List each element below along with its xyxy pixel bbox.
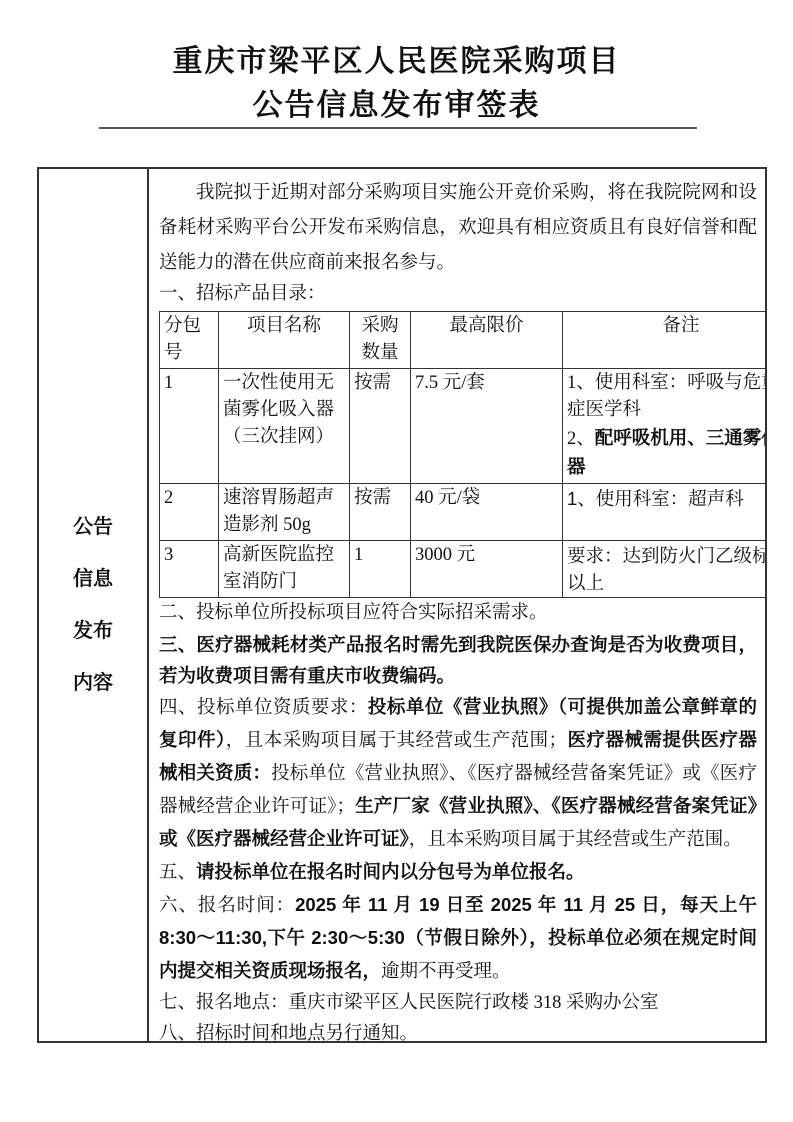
catalog-row: 2 速溶胃肠超声造影剂 50g 按需 40 元/袋 1、使用科室：超声科 <box>160 484 766 541</box>
page-title: 重庆市梁平区人民医院采购项目 公告信息发布审签表 <box>0 40 793 128</box>
cell-price-limit: 40 元/袋 <box>411 484 563 541</box>
col-header-quantity: 采购数量 <box>350 312 411 369</box>
title-underline <box>99 127 697 129</box>
item-8: 八、招标时间和地点另行通知。 <box>159 1019 757 1041</box>
cell-price-limit: 3000 元 <box>411 541 563 598</box>
form-row-label-word: 内容 <box>73 671 113 695</box>
item-5: 五、请投标单位在报名时间内以分包号为单位报名。 <box>159 856 757 889</box>
notice-items: 二、投标单位所投标项目应符合实际招采需求。 三、医疗器械耗材类产品报名时需先到我… <box>159 598 757 1041</box>
item-2: 二、投标单位所投标项目应符合实际招采需求。 <box>159 598 757 629</box>
cell-package-no: 1 <box>160 369 219 484</box>
catalog-row: 3 高新医院监控室消防门 1 3000 元 要求：达到防火门乙级标准以上 <box>160 541 766 598</box>
cell-package-no: 2 <box>160 484 219 541</box>
catalog-heading: 一、招标产品目录： <box>159 281 757 308</box>
item-3: 三、医疗器械耗材类产品报名时需先到我院医保办查询是否为收费项目，若为收费项目需有… <box>159 629 757 691</box>
form-row-label-word: 发布 <box>73 619 113 643</box>
form-row-label: 公告 信息 发布 内容 <box>39 169 149 1041</box>
remark-line: 1、使用科室：呼吸与危重症医学科 <box>567 370 765 424</box>
col-header-package-no: 分包号 <box>160 312 219 369</box>
page-title-line2: 公告信息发布审签表 <box>0 84 793 128</box>
cell-price-limit: 7.5 元/套 <box>411 369 563 484</box>
col-header-product-name: 项目名称 <box>219 312 350 369</box>
cell-quantity: 1 <box>350 541 411 598</box>
announcement-content-cell: 我院拟于近期对部分采购项目实施公开竞价采购，将在我院院网和设备耗材采购平台公开发… <box>149 169 765 1041</box>
cell-remark: 1、使用科室：呼吸与危重症医学科 2、配呼吸机用、三通雾化器 <box>563 369 766 484</box>
form-row-label-word: 公告 <box>73 515 113 539</box>
catalog-row: 1 一次性使用无菌雾化吸入器（三次挂网） 按需 7.5 元/套 1、使用科室：呼… <box>160 369 766 484</box>
document-page: 重庆市梁平区人民医院采购项目 公告信息发布审签表 公告 信息 发布 内容 我院拟… <box>0 0 793 1122</box>
col-header-remark: 备注 <box>563 312 766 369</box>
product-catalog-table: 分包号 项目名称 采购数量 最高限价 备注 1 一次性使用无菌雾化吸入器（三次挂… <box>159 311 765 598</box>
cell-product-name: 一次性使用无菌雾化吸入器（三次挂网） <box>219 369 350 484</box>
intro-paragraph: 我院拟于近期对部分采购项目实施公开竞价采购，将在我院院网和设备耗材采购平台公开发… <box>159 176 757 281</box>
form-row-label-word: 信息 <box>73 567 113 591</box>
page-title-line1: 重庆市梁平区人民医院采购项目 <box>0 40 793 84</box>
item-4: 四、投标单位资质要求：投标单位《营业执照》（可提供加盖公章鲜章的复印件），且本采… <box>159 691 757 856</box>
cell-quantity: 按需 <box>350 369 411 484</box>
item-6: 六、报名时间：2025 年 11 月 19 日至 2025 年 11 月 25 … <box>159 889 757 988</box>
cell-product-name: 速溶胃肠超声造影剂 50g <box>219 484 350 541</box>
catalog-header-row: 分包号 项目名称 采购数量 最高限价 备注 <box>160 312 766 369</box>
remark-line: 2、配呼吸机用、三通雾化器 <box>567 424 765 482</box>
col-header-price-limit: 最高限价 <box>411 312 563 369</box>
item-7: 七、报名地点：重庆市梁平区人民医院行政楼 318 采购办公室 <box>159 988 757 1019</box>
cell-product-name: 高新医院监控室消防门 <box>219 541 350 598</box>
cell-quantity: 按需 <box>350 484 411 541</box>
cell-remark: 要求：达到防火门乙级标准以上 <box>563 541 766 598</box>
cell-package-no: 3 <box>160 541 219 598</box>
approval-form-table: 公告 信息 发布 内容 我院拟于近期对部分采购项目实施公开竞价采购，将在我院院网… <box>37 167 767 1043</box>
cell-remark: 1、使用科室：超声科 <box>563 484 766 541</box>
